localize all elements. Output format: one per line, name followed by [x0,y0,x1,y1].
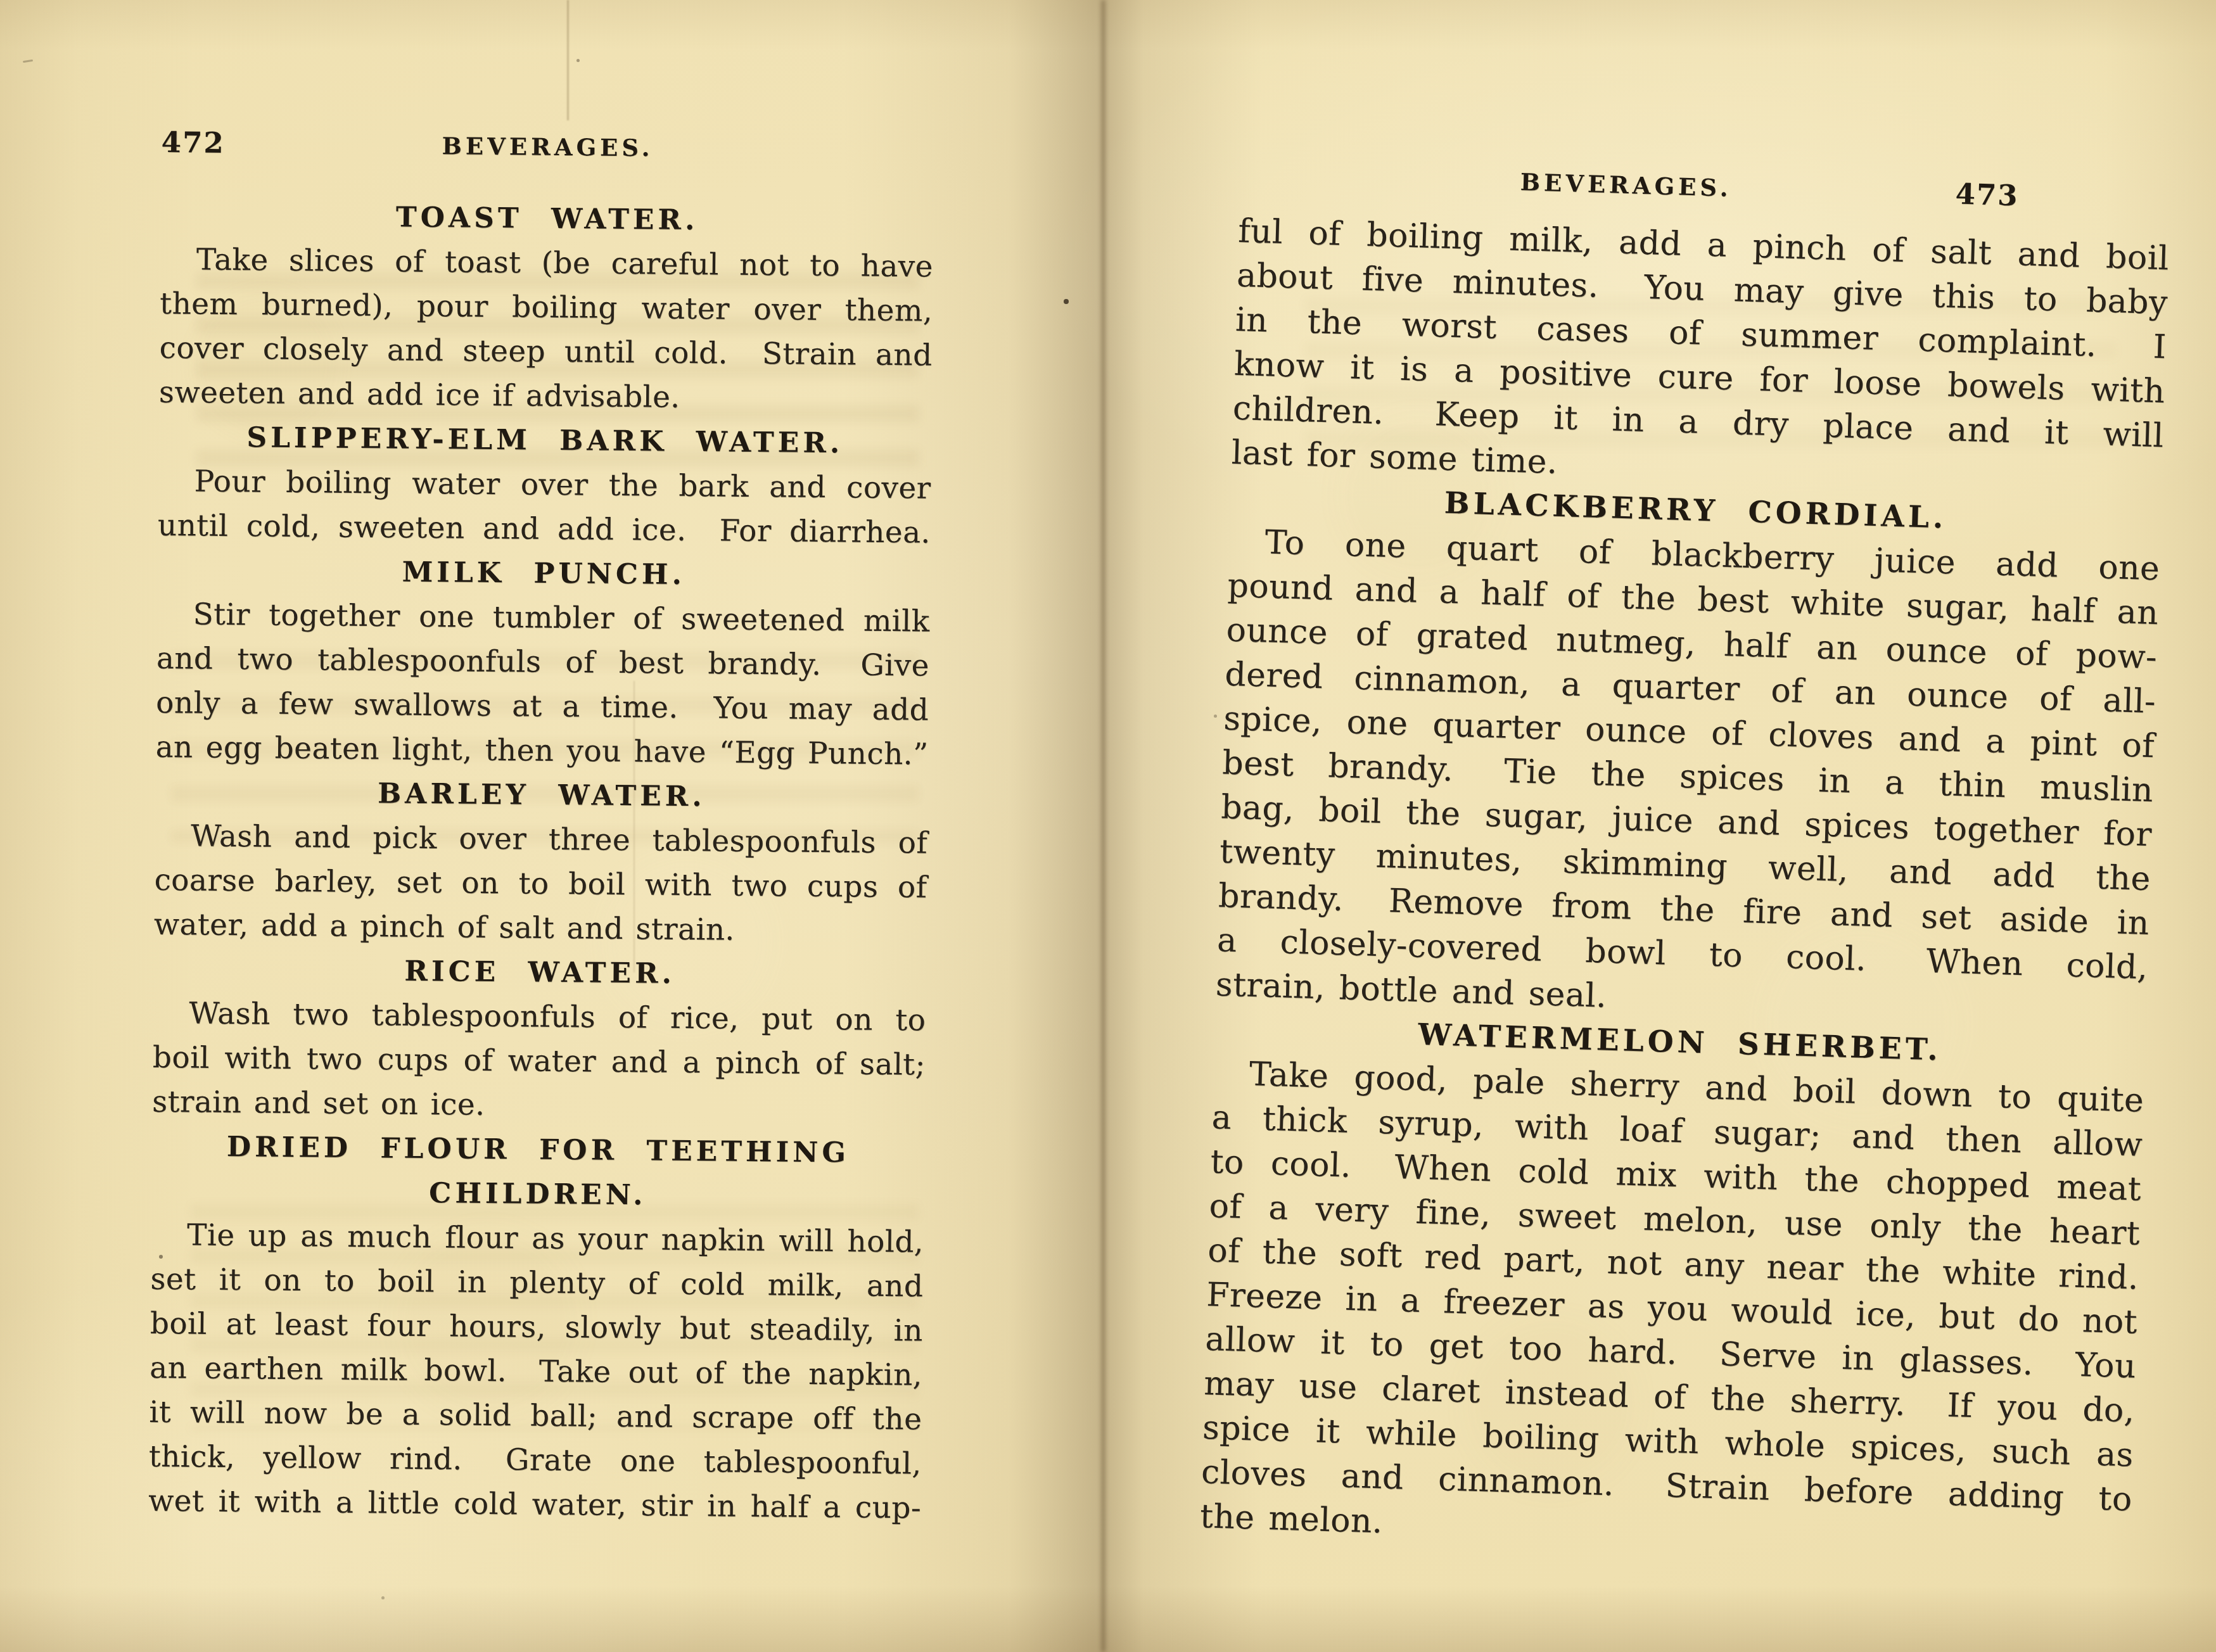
page-header: 472 BEVERAGES. [161,124,934,175]
gutter-shadow [1101,0,1105,1652]
page-right: BEVERAGES. 473 ful of boiling milk, add … [1199,154,2171,1566]
ink-speck [576,59,580,62]
text-line: until cold, sweeten and add ice. For dia… [158,504,931,556]
text-line: and two tablespoonfuls of best brandy. G… [156,637,930,689]
text-line: Stir together one tumbler of sweetened m… [156,592,930,644]
text-line: Take slices of toast (be careful not to … [160,238,934,289]
page-left: 472 BEVERAGES. TOAST WATER.Take slices o… [148,124,934,1531]
text-line: it will now be a solid ball; and scrape … [149,1390,922,1442]
recipe-heading: MILK PUNCH. [157,548,931,600]
text-line: cover closely and steep until cold. Stra… [159,326,933,378]
text-line: Wash two tablespoonfuls of rice, put on … [153,991,926,1043]
recipe-heading: SLIPPERY-ELM BARK WATER. [158,415,932,467]
text-line: strain and set on ice. [152,1080,926,1132]
recipe-heading: BARLEY WATER. [155,770,929,822]
text-line: boil at least four hours, slowly but ste… [150,1302,923,1354]
text-column: ful of boiling milk, add a pinch of salt… [1199,209,2170,1566]
text-line: them burned), pour boiling water over th… [160,282,933,334]
text-line: Wash and pick over three tablespoonfuls … [155,814,928,866]
ink-speck [1214,715,1217,718]
text-line: boil with two cups of water and a pinch … [153,1036,926,1088]
text-line: wet it with a little cold water, stir in… [148,1479,922,1531]
page-number: 473 [1955,175,2020,215]
text-line: coarse barley, set on to boil with two c… [154,858,927,910]
text-line: an earthen milk bowl. Take out of the na… [150,1346,923,1398]
text-line: set it on to boil in plenty of cold milk… [150,1257,924,1309]
running-title: BEVERAGES. [442,130,653,163]
crease-line [567,0,569,120]
text-line: Pour boiling water over the bark and cov… [158,459,931,511]
text-line: thick, yellow rind. Grate one tablespoon… [148,1435,922,1487]
recipe-heading: RICE WATER. [153,947,927,999]
text-line: an egg beaten light, then you have “Egg … [155,725,929,777]
book-spread: 472 BEVERAGES. TOAST WATER.Take slices o… [0,0,2216,1652]
ink-speck [1064,299,1069,304]
ink-speck [381,1596,385,1599]
text-line: sweeten and add ice if advisable. [159,371,933,423]
recipe-heading: DRIED FLOUR FOR TEETHING CHILDREN. [151,1124,924,1221]
page-number: 472 [161,124,225,162]
text-line: water, add a pinch of salt and strain. [154,903,927,955]
text-line: only a few swallows at a time. You may a… [156,681,929,733]
recipe-heading: TOAST WATER. [160,193,934,245]
text-column: TOAST WATER.Take slices of toast (be car… [148,193,934,1531]
ink-speck [23,60,33,63]
text-line: Tie up as much flour as your napkin will… [151,1213,924,1265]
running-title: BEVERAGES. [1520,166,1732,204]
